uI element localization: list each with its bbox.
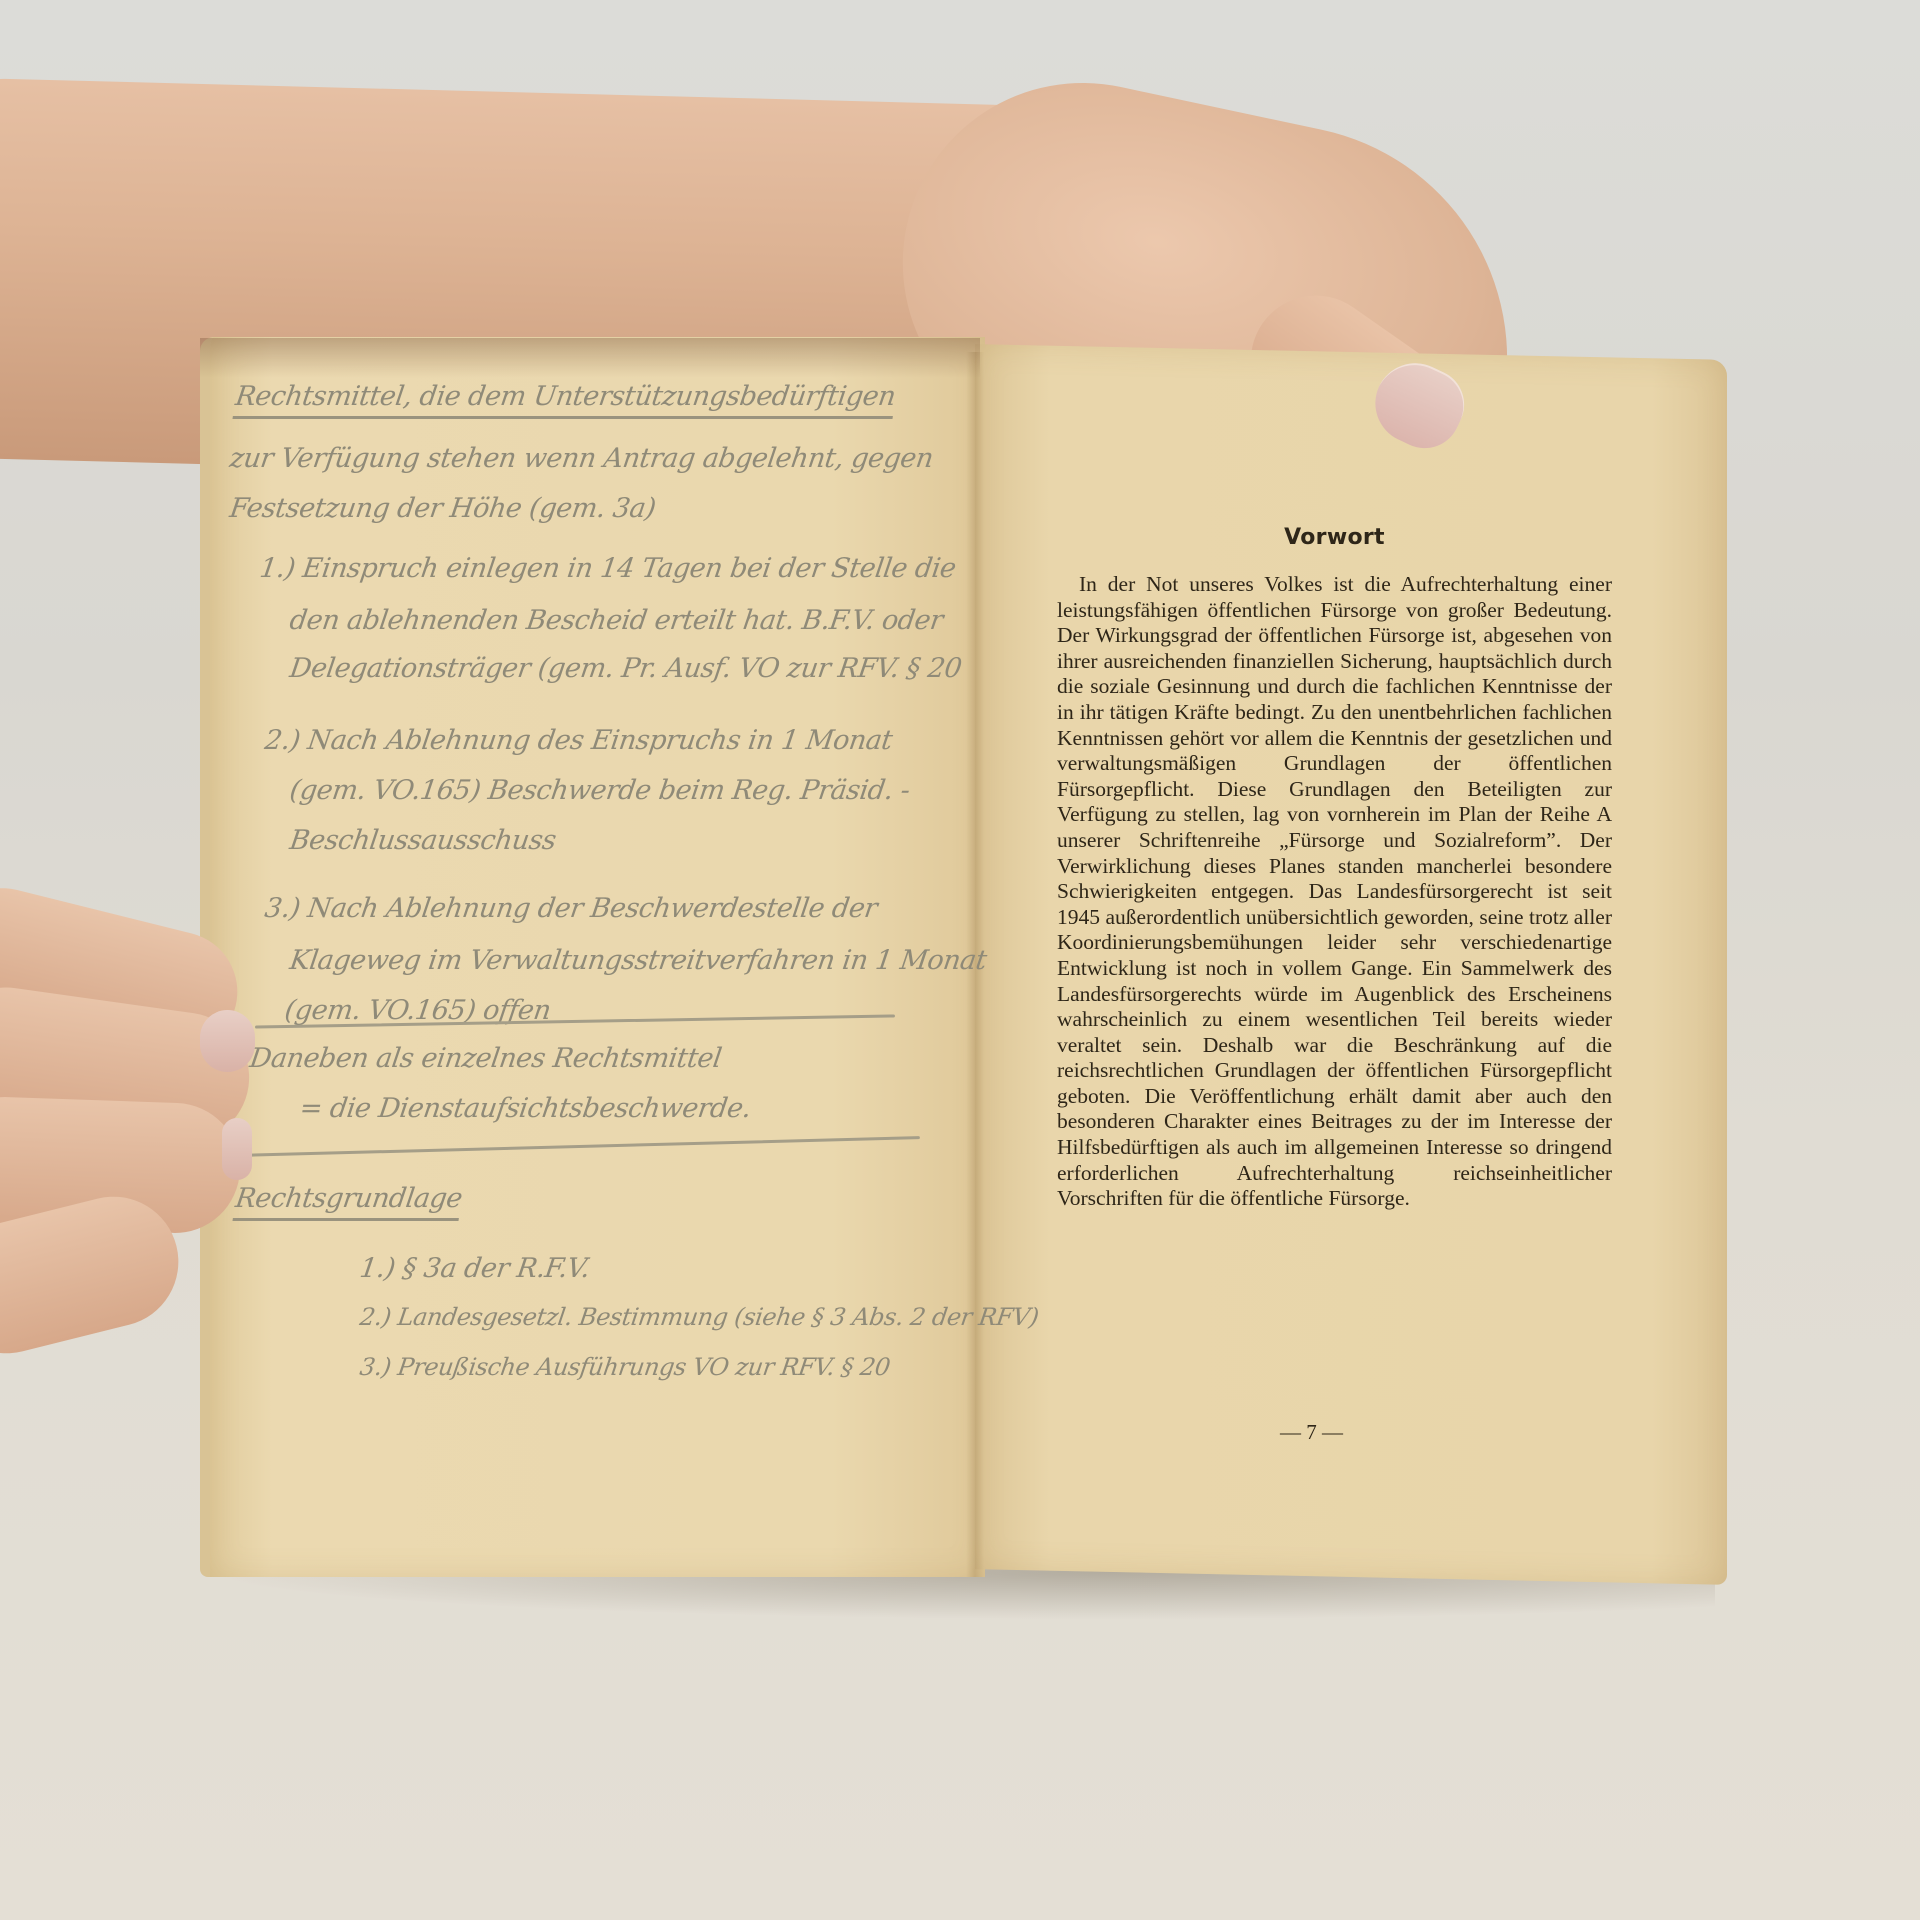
handwritten-line: Klageweg im Verwaltungsstreitverfahren i… <box>288 947 988 974</box>
handwritten-line: 3.) Nach Ablehnung der Beschwerdestelle … <box>263 895 879 922</box>
finger-nail <box>200 1010 255 1072</box>
handwritten-line: (gem. VO.165) Beschwerde beim Reg. Präsi… <box>288 777 911 804</box>
page-number: — 7 — <box>1280 1420 1343 1445</box>
page-heading: Vorwort <box>1057 525 1612 550</box>
handwritten-line: zur Verfügung stehen wenn Antrag abgeleh… <box>228 445 935 472</box>
handwritten-line: Delegationsträger (gem. Pr. Ausf. VO zur… <box>288 655 963 682</box>
handwritten-line: Festsetzung der Höhe (gem. 3a) <box>228 495 657 522</box>
handwritten-line: den ablehnenden Bescheid erteilt hat. B.… <box>288 607 944 634</box>
handwritten-line: 2.) Nach Ablehnung des Einspruchs in 1 M… <box>263 727 894 754</box>
handwritten-heading: Rechtsgrundlage <box>232 1185 463 1221</box>
finger-nail <box>222 1118 252 1180</box>
hand-shadow <box>200 338 980 378</box>
handwritten-line: = die Dienstaufsichtsbeschwerde. <box>298 1095 752 1122</box>
handwritten-line: Daneben als einzelnes Rechtsmittel <box>248 1045 723 1072</box>
handwritten-line: (gem. VO.165) offen <box>283 997 552 1024</box>
handwritten-line: 1.) Einspruch einlegen in 14 Tagen bei d… <box>258 555 957 582</box>
foreword-paragraph: In der Not unseres Volkes ist die Aufrec… <box>1057 572 1612 1212</box>
handwritten-line: 1.) § 3a der R.F.V. <box>358 1255 591 1282</box>
printed-text: Vorwort In der Not unseres Volkes ist di… <box>1057 525 1612 1212</box>
photo-scene: Rechtsmittel, die dem Unterstützungsbedü… <box>0 0 1920 1920</box>
handwritten-line: Rechtsmittel, die dem Unterstützungsbedü… <box>232 383 897 419</box>
handwritten-line: Beschlussausschuss <box>288 827 558 854</box>
handwritten-line: 3.) Preußische Ausführungs VO zur RFV. §… <box>358 1355 891 1379</box>
handwritten-line: 2.) Landesgesetzl. Bestimmung (siehe § 3… <box>358 1305 1040 1329</box>
